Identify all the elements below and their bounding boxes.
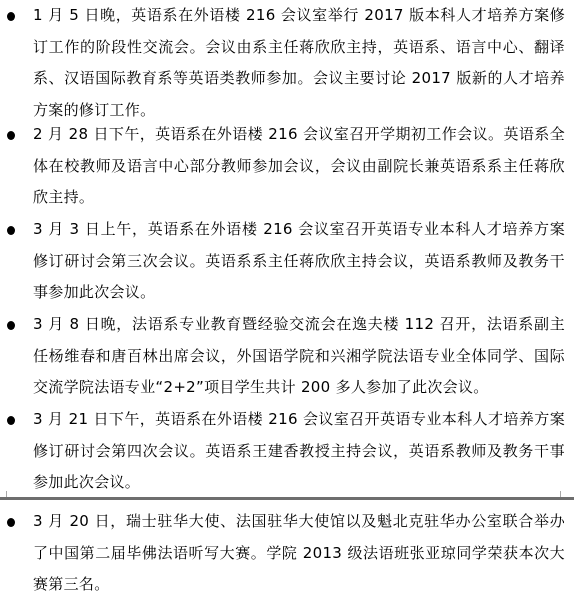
list-item-text[interactable]: 1 月 5 日晚，英语系在外语楼 216 会议室举行 2017 版本科人才培养方…: [33, 0, 565, 126]
bullet-icon: [7, 518, 15, 527]
bullet-icon: [7, 321, 15, 330]
list-item-text[interactable]: 3 月 21 日下午，英语系在外语楼 216 会议室召开英语专业本科人才培养方案…: [33, 404, 565, 499]
list-item-text[interactable]: 3 月 8 日晚，法语系专业教育暨经验交流会在逸夫楼 112 召开，法语系副主任…: [33, 309, 565, 404]
list-item-text[interactable]: 3 月 20 日，瑞士驻华大使、法国驻华大使馆以及魁北克驻华办公室联合举办了中国…: [33, 506, 565, 601]
document-page-1: 1 月 5 日晚，英语系在外语楼 216 会议室举行 2017 版本科人才培养方…: [0, 0, 574, 497]
document-page-2: 3 月 20 日，瑞士驻华大使、法国驻华大使馆以及魁北克驻华办公室联合举办了中国…: [0, 500, 574, 602]
list-item-text[interactable]: 2 月 28 日下午，英语系在外语楼 216 会议室召开学期初工作会议。英语系全…: [33, 119, 565, 214]
bullet-icon: [7, 226, 15, 235]
bullet-icon: [7, 416, 15, 425]
bullet-icon: [7, 131, 15, 140]
bullet-icon: [7, 12, 15, 21]
list-item-text[interactable]: 3 月 3 日上午，英语系在外语楼 216 会议室召开英语专业本科人才培养方案修…: [33, 214, 565, 309]
